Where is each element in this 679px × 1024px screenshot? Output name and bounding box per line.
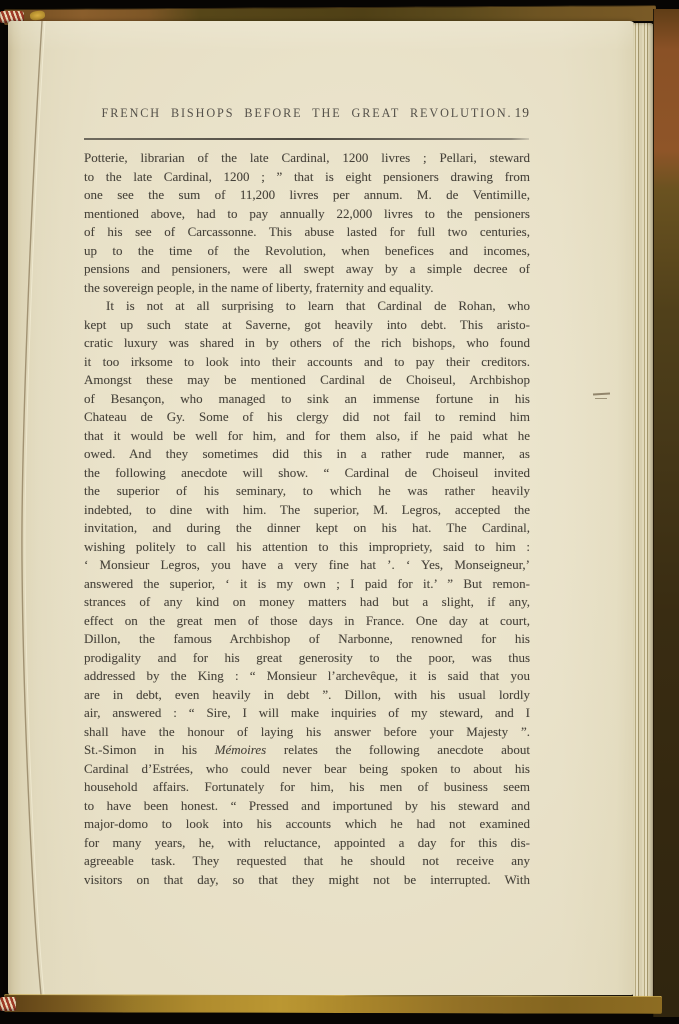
text-line: the superior of his seminary, to which h… [84, 482, 530, 501]
text-line: to the late Cardinal, 1200 ; ” that is e… [84, 168, 530, 187]
text-line: addressed by the King : “ Monsieur l’arc… [84, 667, 530, 686]
text-segment: owed. And they sometimes did this in a r… [84, 446, 530, 461]
text-segment: up to the time of the Revolution, when b… [84, 243, 530, 258]
text-line: of his see of Carcassonne. This abuse la… [84, 223, 530, 242]
pencil-mark [595, 398, 607, 399]
text-segment: Amongst these may be mentioned Cardinal … [84, 372, 530, 387]
text-segment: visitors on that day, so that they might… [84, 872, 530, 887]
text-line: It is not at all surprising to learn tha… [84, 297, 530, 316]
running-header: FRENCH BISHOPS BEFORE THE GREAT REVOLUTI… [84, 106, 530, 121]
text-segment: shall have the honour of laying his answ… [84, 724, 530, 739]
text-segment: Chateau de Gy. Some of his clergy did no… [84, 409, 530, 424]
text-segment: Potterie, librarian of the late Cardinal… [84, 150, 530, 165]
text-line: cratic luxury was shared in by others of… [84, 334, 530, 353]
text-segment: strances of any kind on money matters ha… [84, 594, 530, 609]
text-segment: the superior of his seminary, to which h… [84, 483, 530, 498]
text-line: invitation, and during the dinner kept o… [84, 519, 530, 538]
text-line: kept up such state at Saverne, got heavi… [84, 316, 530, 335]
body-text: Potterie, librarian of the late Cardinal… [84, 149, 530, 889]
text-line: ‘ Monsieur Legros, you have a very fine … [84, 556, 530, 575]
text-segment: are in debt, even heavily in debt ”. Dil… [84, 687, 530, 702]
text-line: wishing politely to call his attention t… [84, 538, 530, 557]
text-segment: addressed by the King : “ Monsieur l’arc… [84, 668, 530, 683]
text-line: agreeable task. They requested that he s… [84, 852, 530, 871]
text-line: up to the time of the Revolution, when b… [84, 242, 530, 261]
text-segment: prodigality and for his great generosity… [84, 650, 530, 665]
text-line: household affairs. Fortunately for him, … [84, 778, 530, 797]
text-segment: to have been honest. “ Pressed and impor… [84, 798, 530, 813]
text-line: are in debt, even heavily in debt ”. Dil… [84, 686, 530, 705]
text-segment: the sovereign people, in the name of lib… [84, 280, 434, 295]
text-line: owed. And they sometimes did this in a r… [84, 445, 530, 464]
text-segment: indebted, to dine with him. The superior… [84, 502, 530, 517]
text-segment: effect on the great men of those days in… [84, 613, 530, 628]
text-segment: Cardinal d’Estrées, who could never bear… [84, 761, 530, 776]
text-line: for many years, he, with reluctance, app… [84, 834, 530, 853]
text-line: pensions and pensioners, were all swept … [84, 260, 530, 279]
text-segment: air, answered : “ Sire, I will make inqu… [84, 705, 530, 720]
text-line: the sovereign people, in the name of lib… [84, 279, 530, 298]
text-line: air, answered : “ Sire, I will make inqu… [84, 704, 530, 723]
text-segment: it too irksome to look into their accoun… [84, 354, 530, 369]
text-segment: wishing politely to call his attention t… [84, 539, 530, 554]
text-line: shall have the honour of laying his answ… [84, 723, 530, 742]
text-segment: of his see of Carcassonne. This abuse la… [84, 224, 530, 239]
text-segment: invitation, and during the dinner kept o… [84, 520, 530, 535]
text-segment: Dillon, the famous Archbishop of Narbonn… [84, 631, 530, 646]
text-line: indebted, to dine with him. The superior… [84, 501, 530, 520]
text-line: Potterie, librarian of the late Cardinal… [84, 149, 530, 168]
running-header-title: FRENCH BISHOPS BEFORE THE GREAT REVOLUTI… [102, 106, 513, 120]
text-line: visitors on that day, so that they might… [84, 871, 530, 890]
text-line: it too irksome to look into their accoun… [84, 353, 530, 372]
text-segment: It is not at all surprising to learn tha… [106, 298, 530, 313]
text-line: Chateau de Gy. Some of his clergy did no… [84, 408, 530, 427]
text-line: to have been honest. “ Pressed and impor… [84, 797, 530, 816]
text-line: of Besançon, who managed to sink an imme… [84, 390, 530, 409]
book-cover-right [653, 9, 679, 1017]
headband-bottom [0, 997, 16, 1011]
text-segment: that it would be well for him, and for t… [84, 428, 530, 443]
text-segment: household affairs. Fortunately for him, … [84, 779, 530, 794]
text-line: Cardinal d’Estrées, who could never bear… [84, 760, 530, 779]
text-segment: pensions and pensioners, were all swept … [84, 261, 530, 276]
header-rule [84, 138, 529, 140]
text-segment: cratic luxury was shared in by others of… [84, 335, 530, 350]
text-segment: agreeable task. They requested that he s… [84, 853, 530, 868]
text-line: the following anecdote will show. “ Card… [84, 464, 530, 483]
text-segment: St.-Simon in his [84, 742, 215, 757]
text-line: major-domo to look into his accounts whi… [84, 815, 530, 834]
text-line: mentioned above, had to pay annually 22,… [84, 205, 530, 224]
italic-text: Mémoires [215, 742, 267, 757]
text-line: prodigality and for his great generosity… [84, 649, 530, 668]
text-line: Dillon, the famous Archbishop of Narbonn… [84, 630, 530, 649]
text-line: Amongst these may be mentioned Cardinal … [84, 371, 530, 390]
text-line: effect on the great men of those days in… [84, 612, 530, 631]
text-segment: ‘ Monsieur Legros, you have a very fine … [84, 557, 530, 572]
text-line: one see the sum of 11,200 livres per ann… [84, 186, 530, 205]
text-segment: for many years, he, with reluctance, app… [84, 835, 530, 850]
text-segment: to the late Cardinal, 1200 ; ” that is e… [84, 169, 530, 184]
text-segment: relates the following anecdote about [266, 742, 530, 757]
text-segment: major-domo to look into his accounts whi… [84, 816, 530, 831]
text-line: St.-Simon in his Mémoires relates the fo… [84, 741, 530, 760]
fore-edge-pages [633, 23, 654, 1003]
text-segment: answered the superior, ‘ it is my own ; … [84, 576, 530, 591]
text-segment: one see the sum of 11,200 livres per ann… [84, 187, 530, 202]
text-line: answered the superior, ‘ it is my own ; … [84, 575, 530, 594]
page-number: 19 [515, 105, 531, 121]
text-segment: kept up such state at Saverne, got heavi… [84, 317, 530, 332]
text-segment: mentioned above, had to pay annually 22,… [84, 206, 530, 221]
text-segment: the following anecdote will show. “ Card… [84, 465, 530, 480]
text-line: strances of any kind on money matters ha… [84, 593, 530, 612]
text-line: that it would be well for him, and for t… [84, 427, 530, 446]
book-bottom-edge [4, 994, 662, 1014]
text-segment: of Besançon, who managed to sink an imme… [84, 391, 530, 406]
